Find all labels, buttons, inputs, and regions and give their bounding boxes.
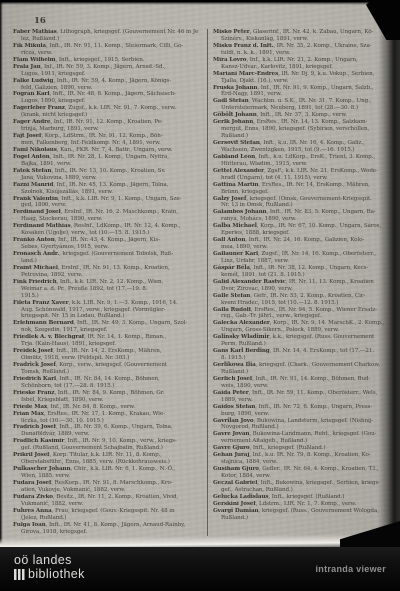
text-line: trinja, Marburg, 1891, verw. [13, 126, 199, 133]
library-logo[interactable]: oö landes bibliothek [14, 553, 85, 582]
library-logo-line1: oö landes [14, 553, 85, 567]
text-line: Tjalla, Djakt. (16.), verw. [213, 78, 387, 85]
text-line: Kansz-Udvar., Karlovitz, 1891, kriegsgef… [213, 64, 387, 71]
text-line: Gabland Leon, Inft., k.u. LdKorp., ErsK.… [213, 154, 387, 161]
text-line: Fuhres Anna, Frau, kriegsgef. (Gouv.-Kri… [13, 508, 199, 515]
text-line: Vukmanić, 1882, verw. [13, 501, 199, 508]
text-line: Trja. (Kain-Haus), 1891, kriegsgef. [13, 341, 199, 348]
text-line: Fajt Josef, Korp., LdStrm., IR. Nr. 91, … [13, 133, 199, 140]
text-line: Linz, Urfahr, 1887, verw. [213, 258, 387, 265]
text-line: Falke Ludwig, Inft., IR. Nr. 59, 4. Komp… [13, 78, 199, 85]
viewer-footer-bar: oö landes bibliothek intranda viewer [0, 547, 400, 591]
text-line: Geczal Gabriel, Inft., Bukowina, kriegsg… [213, 480, 387, 487]
text-line: Eperies, 1888, kriegsgef. [213, 230, 387, 237]
text-line: Pulkascher Johann, Chir., k.k. LIR. Nr. … [13, 466, 199, 473]
text-line: (krank, nicht kriegsgef.) [13, 112, 199, 119]
library-logo-line2-text: bibliothek [28, 567, 85, 582]
text-line: mea, 1890, verw. [213, 244, 387, 251]
text-line: Hütterau, Wladim., 1915, verw. [213, 161, 387, 168]
text-line: Fudara Zivko, Besitz., IR. Nr. 11, 2. Ko… [13, 494, 199, 501]
text-line: Kotor, 1884, verw. [213, 473, 387, 480]
text-line: burg, 1890, verw. [213, 411, 387, 418]
text-column-left: Faber Mathias, Lithograph, kriegsgef. (G… [13, 29, 199, 536]
text-line: Gusiham Gjuro, Gefler., IR. Nr. 64, 4. K… [213, 466, 387, 473]
text-line: weis, 1890, verw. [213, 383, 387, 390]
text-line: Friede Max, Inf., IR. Nr. 84, 8. Komp., … [13, 404, 199, 411]
text-line: Gáspár Béla, Inft., IR. Nr. 38, 12. Komp… [213, 265, 387, 272]
text-line: Dvor, Zirovac, 1890, verw. [213, 286, 387, 293]
text-line: hradl (Ungarn), tot (4. 11. 1915), verw. [213, 175, 387, 182]
text-line: kveni Hradec, 1915, tot (10.—12. 8. 1915… [213, 300, 387, 307]
text-line: Misko Peter, Glaserinf., IR. Nr. 42, k. … [213, 29, 387, 36]
scan-edge-left [0, 0, 3, 547]
text-line: Fogran Karl, Inft., IR. Nr. 48, 8. Komp.… [13, 91, 199, 98]
text-line: tuldi, n. k. k., 1891, verw. [213, 50, 387, 57]
text-line: Gall Anton, Inft., IR. Nr. 24, 16. Komp.… [213, 237, 387, 244]
text-line: Gvargi Damian, kriegsgef. (Russ., Gouver… [213, 508, 387, 515]
text-line: ricza, verw. [13, 50, 199, 57]
text-line: Nr. 13 in Omsk, Rußland.) [213, 202, 387, 209]
text-line: Gerlich Josef, Inft., IR. Nr. 91, 14. Ko… [213, 376, 387, 383]
text-line: kemét, 1891, tot (21. 8. 1915.) [213, 272, 387, 279]
text-line: Galba Michael, Korp., IR. Nr. 67, 10. Ko… [213, 223, 387, 230]
text-line: Göbölt Johann, Inft., IR. Nr. 37, 3. Kom… [213, 112, 387, 119]
text-line: Galle Stefan, Gefr., IR. Nr. 53, 2. Komp… [213, 293, 387, 300]
text-line: Fulga Ioan, Inft., IR. Nr. 41, 8. Komp.,… [13, 522, 199, 529]
text-line: stajnica, 1884, verw. [213, 459, 387, 466]
scanned-page: 16 Faber Mathias, Lithograph, kriegsgef.… [0, 0, 400, 547]
text-line: liczka, tot (10.—30. 10. 1915.) [13, 418, 199, 425]
text-line: Gaidos Stefan, Inft., IR. Nr. 72, 6. Kom… [213, 404, 387, 411]
text-line: Rußland.) [213, 515, 387, 522]
text-line: Mira Lovro, Inf., k.k. LIR. Nr. 21, 2. K… [213, 57, 387, 64]
text-line: Galid Alexander Rastvic, IR. Nr. 11, 13.… [213, 279, 387, 286]
text-line: Galecka Alexander, Korp., IR. Nr. 9, 14.… [213, 320, 387, 327]
text-column-right: Misko Peter, Glaserinf., IR. Nr. 42, k. … [207, 29, 387, 536]
text-line: gef., Astrachan, Rußland.) [213, 487, 387, 494]
text-line: Gettel Alexander, ZgsF., k.k. LIR. Nr. 2… [213, 168, 387, 175]
text-line: Jana, Vukovina, 1889, verw. [13, 175, 199, 182]
page-number: 16 [34, 16, 46, 26]
text-line: 8. 1915.) [213, 355, 387, 362]
text-line: Dunaföldvár, 1889, verw. [13, 431, 199, 438]
text-line: Frian Max, ErsRes., IR. Nr. 17, 1. Komp.… [13, 411, 199, 418]
text-line: Fatek Stefan, Inft., IR. Nr. 13, 10. Kom… [13, 168, 199, 175]
text-line: men, Falkenberg, Inf.-Feldkomp. Nr. 4, 1… [13, 140, 199, 147]
scan-edge-top [0, 0, 400, 5]
text-line: Fileta Franz Xaver, k.k. LIR. Nr. 9, 1.—… [13, 300, 199, 307]
text-line: Kosaken (Ugolje), verw., tot (10.—15. 8.… [13, 230, 199, 237]
text-line: Gaida Peter, Inft., IR. Nr. 59, 11. Komp… [213, 390, 387, 397]
text-line: Fager Andre, Inf., IR. Nr. 91, 12. Komp.… [13, 119, 199, 126]
viewer-stage: 16 Faber Mathias, Lithograph, kriegsgef.… [0, 0, 400, 591]
text-line: Gehan Juraj, Inf., k.u. IR. Nr. 79, 8. K… [213, 452, 387, 459]
text-line: Gavre Gjuro, Inft., kriegsgef. (Rußland.… [213, 445, 387, 452]
text-line: Szolnok, Kisújszállás, 1891, verw. [13, 189, 199, 196]
text-line: Fraint Michael, ErsInf., IR. Nr. 91, 13.… [13, 265, 199, 272]
text-line: Haag, Stockerau, 1890, verw. [13, 216, 199, 223]
text-line: Girova, 1918, kriegsgef. [13, 529, 199, 536]
text-line: Fradrick Josef, Korp., verw., kriegsgef.… [13, 362, 199, 369]
text-line: (Jelez, Rußland.) [13, 515, 199, 522]
text-line: Tomsk, Rußland.) [13, 369, 199, 376]
page-text: Faber Mathias, Lithograph, kriegsgef. (G… [13, 29, 387, 536]
text-line: Szinérv., Kiskanlág, 1891, verw. [213, 36, 387, 43]
scan-edge-right [378, 0, 400, 547]
text-line: reg., Gab.-Tr. jährl., verw., kriegsgef. [213, 313, 387, 320]
text-line: Rußland.) [213, 369, 387, 376]
text-line: Gelucka Ladislaus, Inft., kriegsgef. (Ru… [213, 494, 387, 501]
text-line: Wachsein, Zwentzgken, 1915, tot (9.—16. … [213, 147, 387, 154]
text-line: Brünn, kriegsgef. [213, 189, 387, 196]
intranda-viewer-label[interactable]: intranda viewer [315, 564, 386, 574]
text-line: Sebes, Gyertyámos, 1915, verw. [13, 244, 199, 251]
text-line: Galla Rudolf, ErsRes., IR. Nr. 94, 5. Ko… [213, 307, 387, 314]
text-line: Faber Mathias, Lithograph, kriegsgef. (G… [13, 29, 199, 36]
text-line: Petrovina, 1892, verw. [13, 272, 199, 279]
text-line: Rußland.) [213, 133, 387, 140]
text-line: Gersovit Stefan, Inft., k.u. IR. Nr. 16,… [213, 140, 387, 147]
text-line: Faml Nikolaus, Kan., FKR. Nr. 7, 4. Batt… [13, 147, 199, 154]
text-line: Frieske Franz, Inft., IR. Nr. 84, 9. Kom… [13, 390, 199, 397]
text-line: feld, Galizien, 1890, verw. [13, 85, 199, 92]
text-line: Weimar a. d. Pr., Preuße 1892, tot (17.—… [13, 286, 199, 293]
text-line: gef. (Rußland, Gouvernement Schajbalin, … [13, 445, 199, 452]
text-line: Schönborn, tot (17.—28. 8. 1915.) [13, 383, 199, 390]
text-line: Lugos, 1911, kriegsgef. [13, 71, 199, 78]
text-line: lez, Rußland.) [13, 36, 199, 43]
text-line: atien, Vukovje, Vukmanić, 1882, verw. [13, 487, 199, 494]
text-line: Fazni Manrid, Inf., IR. Nr. 45, 13. Komp… [13, 182, 199, 189]
text-line: Flam Wilhelm, Inft., kriegsgef., 1915, S… [13, 57, 199, 64]
text-line: nok, Szegedin, 1917, kriegsgef. [13, 327, 199, 334]
text-line: ged, 1890, verw. [13, 202, 199, 209]
text-line: Fronasch Andr., kriegsgef. (Gouvernement… [13, 251, 199, 258]
text-line: Misku Franz d. Inft., IR. Nr. 35, 2. Kom… [213, 43, 387, 50]
text-line: Frank Valentin, Inft., k.k. LIR. Nr. 9, … [13, 196, 199, 203]
text-line: 1915.) [13, 293, 199, 300]
text-line: Gattina Martin, ErsRes., IR. Nr. 14, Ers… [213, 182, 387, 189]
text-line: Gerlikowa Ilia, kriegsgef. (Chark., Gouv… [213, 362, 387, 369]
text-line: Friedrich Karl, Inft., IR. Nr. 84, 14. K… [13, 376, 199, 383]
text-line: Wien, 1885, verw. [13, 473, 199, 480]
text-line: Gallauner Karl, Zugsf., IR. Nr. 14, 16. … [213, 251, 387, 258]
text-line: 1889, verw. [213, 397, 387, 404]
text-line: Gerskini Josef, Ldstrm., LIR. Nr. 1, 7. … [213, 501, 387, 508]
text-line: Isbel, Kriegsblatt, 1890, verw. [13, 397, 199, 404]
text-line: Frala Jan, Inf., IR. Nr. 59, 3. Komp., J… [13, 64, 199, 71]
text-line: Bajka, 1891, verw. [13, 161, 199, 168]
text-line: Fogel Anton, Inft., IR. Nr. 28, 1. Komp.… [13, 154, 199, 161]
text-line: Fink Friedrich, Inft., k.k. LIR. Nr. 2, … [13, 279, 199, 286]
text-line: Ferdinand Josef, ErsInf., IR. Nr. 16, 2.… [13, 209, 199, 216]
library-bars-icon [14, 569, 25, 580]
library-logo-line2: bibliothek [14, 567, 85, 582]
text-line: kriegsspit. Nr. 15 in Lodau, Rußland.) [13, 313, 199, 320]
text-line: Lugos, 1890, kriegsgef. [13, 98, 199, 105]
text-line: Érd-Nagy, 1891, verw. [213, 91, 387, 98]
text-line: Fudara Josef, ResKorp., IR. Nr. 91, 8. M… [13, 480, 199, 487]
text-line: land.) [13, 258, 199, 265]
text-line: Erlehmann Bernard, Inft., IR. Nr. 49, 3.… [13, 320, 199, 327]
text-line: Fik Mikula, Inft., IR. Nr. 91, 11. Komp.… [13, 43, 199, 50]
text-line: Mariani Marc-Endres, IR. Nr. Dj. 9, k.u.… [213, 71, 387, 78]
text-line: Olmütz, 1918, verw. (Feldspit. Nr. 303.) [13, 355, 199, 362]
